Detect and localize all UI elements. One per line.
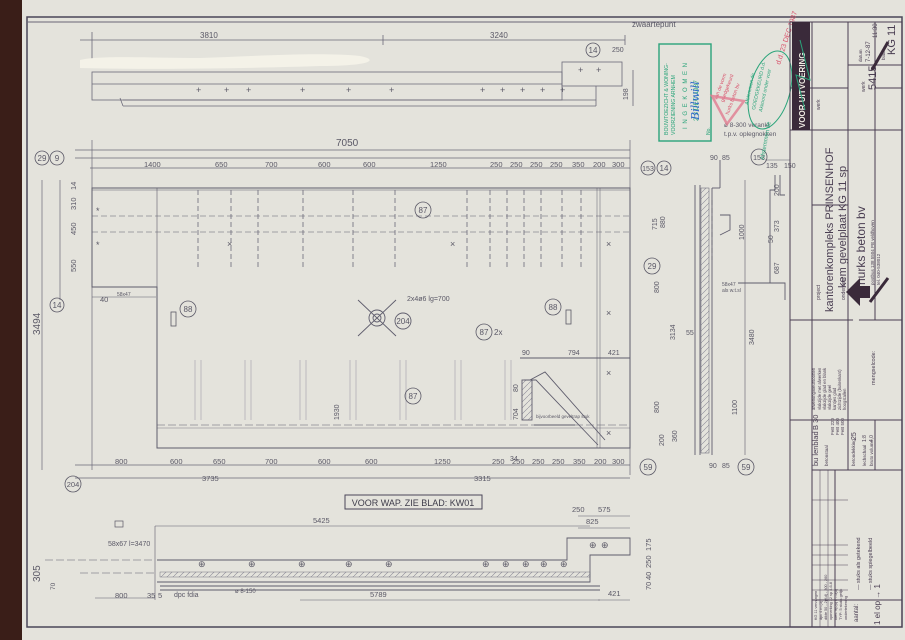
- green-received-stamp: BOUWTOEZICHT & WONING- VOORZIENING ARNHE…: [659, 44, 712, 141]
- svg-text:ondertekening: ondertekening: [844, 596, 848, 620]
- svg-text:305: 305: [32, 565, 43, 582]
- svg-text:+: +: [346, 85, 351, 95]
- svg-text:650: 650: [215, 160, 228, 169]
- svg-text:85: 85: [722, 463, 730, 470]
- svg-text:50: 50: [768, 235, 775, 243]
- svg-text:880: 880: [660, 216, 667, 228]
- svg-text:FeB 500: FeB 500: [840, 417, 845, 435]
- svg-text:350: 350: [572, 160, 585, 169]
- svg-text:+: +: [196, 85, 201, 95]
- part-name: kem gevelplaat KG 11 sp: [837, 166, 849, 288]
- svg-text:550: 550: [69, 259, 78, 272]
- svg-text:+: +: [246, 85, 251, 95]
- svg-text:1250: 1250: [434, 457, 451, 466]
- svg-text:5: 5: [158, 591, 162, 600]
- svg-text:373: 373: [774, 220, 781, 232]
- svg-text:+: +: [224, 85, 229, 95]
- svg-text:5789: 5789: [370, 590, 387, 599]
- svg-text:800: 800: [654, 401, 661, 413]
- voor-uitvoering-stamp: VOOR UITVOERING: [792, 22, 810, 130]
- svg-text:bruto volume: bruto volume: [869, 439, 874, 466]
- svg-text:35: 35: [147, 591, 155, 600]
- svg-text:87: 87: [409, 392, 418, 401]
- svg-text:3480: 3480: [749, 329, 756, 345]
- svg-text:⊕: ⊕: [198, 559, 206, 569]
- svg-text:VOOR WAP. ZIE BLAD: KW01: VOOR WAP. ZIE BLAD: KW01: [352, 498, 475, 508]
- svg-text:80: 80: [513, 384, 520, 392]
- svg-text:87: 87: [480, 328, 489, 337]
- svg-text:×: ×: [227, 239, 232, 249]
- section-dims: 715 880 800 800 200 360 3134 90 85 55 10…: [652, 155, 796, 470]
- green-handwritten-notes: Afstemmen de GOEDGEKEURD d.d. Akkoord on…: [740, 46, 799, 160]
- bottom-dimension-row: 800 600 650 700 600 600 1250 250 250 250…: [115, 457, 625, 483]
- svg-text:800: 800: [654, 281, 661, 293]
- svg-text:421: 421: [608, 589, 621, 598]
- svg-text:250: 250: [490, 160, 503, 169]
- svg-text:450: 450: [69, 222, 78, 235]
- lower-bar-ghosts: [195, 360, 511, 420]
- svg-text:KG 11 vervangen: KG 11 vervangen: [814, 591, 818, 620]
- anchor-note: 2x4ø6 lg=700: [407, 296, 450, 303]
- svg-text:85: 85: [722, 155, 730, 162]
- svg-text:59: 59: [742, 463, 751, 472]
- svg-text:135: 135: [766, 163, 778, 170]
- revision-table: KG 11 vervangen dpc 4 m (3) dikte 50 - 2…: [814, 575, 848, 620]
- svg-text:90: 90: [709, 463, 717, 470]
- svg-text:14: 14: [660, 164, 669, 173]
- panel-outline: [92, 188, 630, 448]
- svg-text:betonstaal: betonstaal: [824, 445, 829, 466]
- callout-204: 204: [396, 317, 410, 326]
- tag-204-bottom: 204: [65, 476, 81, 492]
- small-note-58x47: 58x47: [117, 292, 131, 298]
- svg-text:350: 350: [573, 457, 586, 466]
- svg-text:dpc 4 m (3): dpc 4 m (3): [819, 600, 823, 620]
- svg-text:300: 300: [612, 160, 625, 169]
- svg-text:14: 14: [589, 46, 598, 55]
- svg-text:600: 600: [365, 457, 378, 466]
- svg-text:4,0: 4,0: [869, 435, 875, 442]
- svg-text:betondekking: betondekking: [851, 439, 856, 466]
- svg-text:TYP: 5 stuks gelijk: TYP: 5 stuks gelijk: [839, 589, 843, 620]
- technical-drawing: 3810 3240 250 zwaartepunt 198 +++ +++ ++…: [0, 0, 905, 640]
- dim-3810: 3810: [200, 31, 218, 40]
- svg-text:421: 421: [608, 350, 620, 357]
- svg-text:1000: 1000: [739, 224, 746, 240]
- svg-text:No.: No.: [706, 127, 712, 135]
- svg-text:⊕: ⊕: [385, 559, 393, 569]
- svg-text:200: 200: [594, 457, 607, 466]
- svg-text:204: 204: [67, 480, 80, 489]
- svg-text:600: 600: [318, 160, 331, 169]
- svg-text:1100: 1100: [732, 400, 739, 415]
- svg-text:310: 310: [69, 197, 78, 210]
- svg-text:datum: datum: [858, 49, 863, 62]
- x-markers: × × × × × × * *: [96, 206, 611, 438]
- anchor-lines: [198, 190, 581, 270]
- tag-14-top: 14: [586, 43, 600, 57]
- company-name: hurks beton bv: [854, 206, 868, 285]
- svg-text:×: ×: [450, 239, 455, 249]
- title-block-text: project kantorenkompleks PRINSENHOF onde…: [816, 23, 898, 312]
- svg-text:70: 70: [50, 582, 57, 590]
- svg-text:1930: 1930: [334, 404, 341, 420]
- svg-text:lechschaal: lechschaal: [862, 445, 867, 466]
- svg-text:toev. 9(0)q 4 - 5(0): toev. 9(0)q 4 - 5(0): [834, 588, 838, 620]
- tag-59-bottom: 59: [640, 459, 656, 475]
- dim-3240: 3240: [490, 31, 508, 40]
- svg-text:153: 153: [642, 166, 654, 173]
- date: 7-12-87: [866, 41, 872, 62]
- svg-text:9: 9: [55, 154, 60, 163]
- finishing-list: afwerking/kleursoorten vlakzijde met afw…: [811, 350, 877, 410]
- svg-text:250: 250: [512, 457, 525, 466]
- svg-text:×: ×: [606, 428, 611, 438]
- dpc-note: dpc fdia: [174, 592, 199, 599]
- svg-text:300: 300: [612, 457, 625, 466]
- svg-text:600: 600: [318, 457, 331, 466]
- svg-text:250: 250: [550, 160, 563, 169]
- svg-text:bu lenblad: bu lenblad: [811, 431, 820, 466]
- dim-7050: 7050: [336, 138, 359, 149]
- svg-text:88: 88: [549, 303, 558, 312]
- project-name: kantorenkompleks PRINSENHOF: [824, 147, 836, 312]
- callout-87-bottom: 87: [405, 388, 421, 404]
- svg-text:×: ×: [606, 308, 611, 318]
- svg-text:tel. 040-538012: tel. 040-538012: [876, 253, 881, 285]
- svg-text:+: +: [520, 85, 525, 95]
- opening-note: bijvoorbeeld geveltrap stuk: [536, 414, 590, 419]
- bottom-plan: [45, 516, 630, 600]
- svg-text:+: +: [578, 65, 583, 75]
- svg-text:aantal:: aantal:: [854, 604, 860, 622]
- svg-text:90: 90: [710, 155, 718, 162]
- svg-text:⊕: ⊕: [502, 559, 510, 569]
- svg-text:⊕: ⊕: [560, 559, 568, 569]
- svg-text:⊕: ⊕: [298, 559, 306, 569]
- sheet-number: KG 11: [886, 25, 898, 55]
- svg-text:1400: 1400: [144, 160, 161, 169]
- svg-text:575: 575: [598, 505, 611, 514]
- svg-text:700: 700: [265, 160, 278, 169]
- svg-text:+: +: [500, 85, 505, 95]
- svg-text:×: ×: [606, 368, 611, 378]
- svg-text:704: 704: [513, 408, 520, 420]
- svg-text:600: 600: [363, 160, 376, 169]
- svg-text:VOORZIENING ARNHEM: VOORZIENING ARNHEM: [671, 75, 677, 135]
- dim-3494: 3494: [32, 312, 43, 335]
- tags-right-top: 153 14: [641, 161, 671, 175]
- callout-87-2x: 87 2x: [476, 324, 502, 340]
- elevation-anchor-marks: +++ +++ +++ ++ ++: [196, 65, 601, 95]
- drawing-sheet: 3810 3240 250 zwaartepunt 198 +++ +++ ++…: [0, 0, 905, 640]
- time: 11:30: [873, 23, 879, 38]
- handwritten-quantity: 1 el op → 1: [873, 584, 882, 625]
- svg-text:250: 250: [552, 457, 565, 466]
- svg-text:afwerking/kleursoorten: afwerking/kleursoorten: [811, 367, 816, 410]
- svg-text:59: 59: [644, 463, 653, 472]
- svg-text:*: *: [96, 206, 100, 216]
- svg-text:3735: 3735: [202, 474, 219, 483]
- svg-text:200: 200: [593, 160, 606, 169]
- svg-text:650: 650: [213, 457, 226, 466]
- svg-text:88: 88: [184, 305, 193, 314]
- dim-198: 198: [623, 88, 630, 100]
- svg-text:— stuks als getekend: — stuks als getekend: [856, 537, 862, 590]
- svg-text:600: 600: [170, 457, 183, 466]
- quantity-block: aantal: — stuks als getekend — stuks spi…: [854, 537, 882, 625]
- svg-text:mengselcode:: mengselcode:: [871, 350, 877, 385]
- svg-text:BOUWTOEZICHT & WONING-: BOUWTOEZICHT & WONING-: [664, 63, 670, 135]
- callout-88-right: 88: [545, 299, 571, 324]
- svg-text:+: +: [560, 85, 565, 95]
- svg-text:— stuks spiegelbeeld: — stuks spiegelbeeld: [868, 538, 874, 590]
- svg-text:hoogstallen: hoogstallen: [842, 388, 847, 410]
- svg-text:+: +: [540, 85, 545, 95]
- svg-text:⊕: ⊕: [482, 559, 490, 569]
- svg-text:2x: 2x: [494, 328, 502, 337]
- svg-text:40: 40: [644, 572, 653, 580]
- svg-text:687: 687: [774, 262, 781, 274]
- svg-text:⊕: ⊕: [522, 559, 530, 569]
- svg-text:250: 250: [532, 457, 545, 466]
- svg-text:14: 14: [69, 182, 78, 190]
- svg-text:project: project: [816, 284, 822, 300]
- svg-text:+: +: [389, 85, 394, 95]
- svg-text:175: 175: [644, 538, 653, 551]
- svg-text:360: 360: [672, 430, 679, 442]
- svg-text:5425: 5425: [313, 516, 330, 525]
- sheet-border: [27, 17, 902, 627]
- svg-text:40: 40: [100, 295, 108, 304]
- reference-box: VOOR WAP. ZIE BLAD: KW01: [345, 495, 482, 509]
- svg-text:70: 70: [644, 582, 653, 590]
- svg-text:29: 29: [38, 154, 47, 163]
- svg-text:⊕: ⊕: [589, 540, 597, 550]
- svg-text:14: 14: [53, 301, 62, 310]
- svg-text:1250: 1250: [430, 160, 447, 169]
- callout-88-left: 88: [171, 301, 196, 326]
- svg-text:250: 250: [492, 457, 505, 466]
- svg-text:+: +: [300, 85, 305, 95]
- inner-dims: 1930 90 794 421 80 704 34: [334, 350, 620, 463]
- svg-text:Billwill: Billwill: [689, 81, 702, 121]
- svg-text:250: 250: [572, 505, 585, 514]
- svg-text:+: +: [480, 85, 485, 95]
- dim-250: 250: [612, 47, 624, 54]
- svg-text:55: 55: [686, 330, 694, 337]
- svg-text:werk: werk: [816, 99, 822, 110]
- svg-text:⊕: ⊕: [345, 559, 353, 569]
- svg-text:3315: 3315: [474, 474, 491, 483]
- section-view: [695, 160, 790, 455]
- svg-text:dikte 50 - 2(Kd) - 300 - 260: dikte 50 - 2(Kd) - 300 - 260: [824, 575, 828, 620]
- mesh-note: ø 8-150: [235, 589, 256, 595]
- top-elevation: [80, 32, 633, 106]
- svg-text:87: 87: [419, 206, 428, 215]
- svg-text:⊕: ⊕: [540, 559, 548, 569]
- svg-text:*: *: [96, 240, 100, 250]
- svg-text:×: ×: [606, 239, 611, 249]
- svg-text:als w.t.sl: als w.t.sl: [722, 288, 741, 294]
- svg-text:+: +: [596, 65, 601, 75]
- stair-opening: [520, 358, 630, 445]
- spec-block: bu lenblad B 30 betonstaal FeB 220 FeB 4…: [811, 415, 875, 466]
- svg-text:⊕: ⊕: [248, 559, 256, 569]
- svg-text:90: 90: [522, 350, 530, 357]
- plan-anchor-marks: ⊕⊕ ⊕⊕ ⊕⊕ ⊕⊕ ⊕⊕ ⊕⊕: [198, 540, 609, 569]
- callout-87-top: 87: [415, 202, 431, 218]
- svg-text:1:8: 1:8: [862, 435, 868, 442]
- svg-text:⊕: ⊕: [601, 540, 609, 550]
- svg-text:250: 250: [644, 555, 653, 568]
- svg-text:200: 200: [659, 434, 666, 446]
- rebar-note: 58x67 l=3470: [108, 541, 150, 548]
- svg-text:B 30: B 30: [811, 415, 820, 430]
- svg-text:800: 800: [115, 457, 128, 466]
- svg-text:794: 794: [568, 350, 580, 357]
- svg-text:800: 800: [115, 591, 128, 600]
- svg-text:opmerking 12 sp 4-6-8: opmerking 12 sp 4-6-8: [829, 582, 833, 620]
- svg-text:700: 700: [265, 457, 278, 466]
- svg-text:3134: 3134: [670, 324, 677, 340]
- svg-text:25: 25: [851, 432, 858, 440]
- main-view-dimensions: [42, 140, 630, 478]
- left-dimension-column: 14 310 450 550 40: [69, 182, 108, 304]
- svg-text:825: 825: [586, 517, 599, 526]
- note-zwaartepunt: zwaartepunt: [632, 20, 676, 29]
- svg-text:200: 200: [774, 184, 781, 196]
- svg-text:postbus 138 5504 PB veldhoven: postbus 138 5504 PB veldhoven: [870, 220, 875, 285]
- svg-text:29: 29: [648, 262, 657, 271]
- svg-text:715: 715: [652, 218, 659, 230]
- svg-text:250: 250: [530, 160, 543, 169]
- svg-text:250: 250: [510, 160, 523, 169]
- section-note-1: ø 8-300 verankt: [724, 122, 770, 129]
